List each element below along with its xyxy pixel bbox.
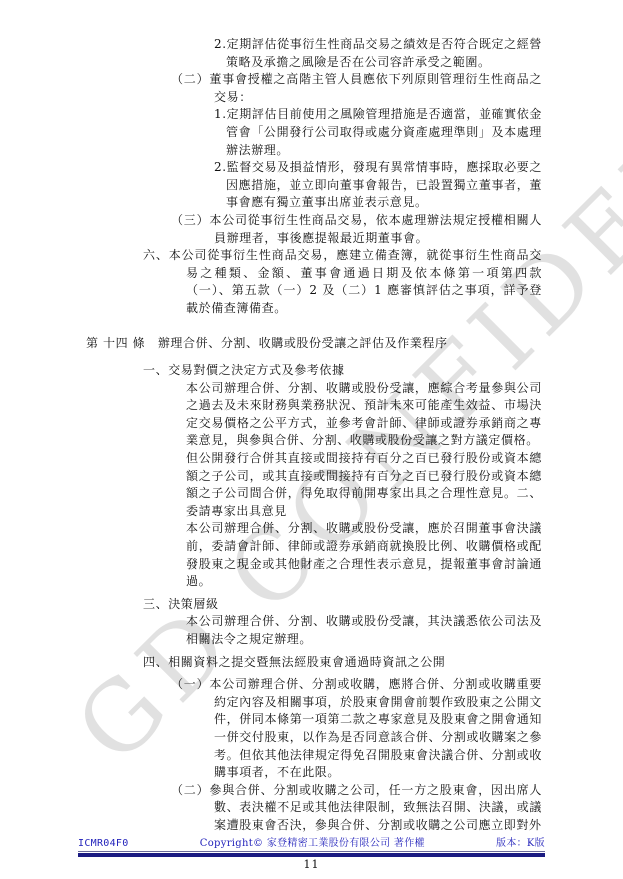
text-block-item-2-eval: 2.定期評估從事衍生性商品交易之績效是否符合既定之經營策略及承擔之風險是否在公司…	[86, 36, 542, 71]
footer-doc-id: ICMR04F0	[78, 838, 129, 849]
text-block-expert-opinion: 本公司辦理合併、分割、收購或股份受讓，應於召開董事會決議前，委請會計師、律師或證…	[86, 520, 542, 590]
text-block-decision-level: 本公司辦理合併、分割、收購或股份受讓，其決議悉依公司法及相關法令之規定辦理。	[86, 613, 542, 648]
footer-copyright: Copyright© 家登精密工業股份有限公司 著作權	[200, 834, 425, 849]
document-page: GD CONFIDENTIAL 2.定期評估從事衍生性商品交易之績效是否符合既定…	[0, 0, 623, 879]
text-block-item-6: 六、本公司從事衍生性商品交易，應建立備查簿，就從事衍生性商品交易之種類、金額、董…	[86, 247, 542, 317]
text-block-clause-4-1: （一）本公司辦理合併、分割或收購，應將合併、分割或收購重要約定內容及相關事項，於…	[86, 676, 542, 782]
text-block-item-2-monitor: 2.監督交易及損益情形，發現有異常情事時，應採取必要之因應措施，並立即向董事會報…	[86, 159, 542, 212]
text-block-item-1-risk: 1.定期評估目前使用之風險管理措施是否適當，並確實依金管會「公開發行公司取得或處…	[86, 106, 542, 159]
text-block-item-3: 三、決策層級	[86, 596, 542, 614]
text-block-clause-2: （二）董事會授權之高階主管人員應依下列原則管理衍生性商品之交易：	[86, 71, 542, 106]
text-block-clause-4-2: （二）參與合併、分割或收購之公司，任一方之股東會，因出席人數、表決權不足或其他法…	[86, 782, 542, 835]
article-14-heading: 第 十四 條 辦理合併、分割、收購或股份受讓之評估及作業程序	[86, 335, 542, 353]
text-block-item-4: 四、相關資料之提交暨無法經股東會通過時資訊之公開	[86, 654, 542, 672]
text-block-item-1-pricing: 一、交易對價之決定方式及參考依據	[86, 362, 542, 380]
footer-version: 版本：K版	[496, 834, 545, 849]
document-body: 2.定期評估從事衍生性商品交易之績效是否符合既定之經營策略及承擔之風險是否在公司…	[86, 36, 542, 835]
page-footer: ICMR04F0 Copyright© 家登精密工業股份有限公司 著作權 版本：…	[78, 834, 545, 871]
footer-rule-thick	[78, 853, 545, 857]
page-number: 11	[78, 858, 545, 871]
footer-rule-thin	[78, 851, 545, 852]
text-block-clause-3: （三）本公司從事衍生性商品交易，依本處理辦法規定授權相關人員辦理者，事後應提報最…	[86, 212, 542, 247]
text-block-pricing-para-2: 但公開發行合併其直接或間接持有百分之百已發行股份或資本總額之子公司，或其直接或間…	[86, 450, 542, 520]
footer-text-row: ICMR04F0 Copyright© 家登精密工業股份有限公司 著作權 版本：…	[78, 834, 545, 851]
text-block-pricing-para-1: 本公司辦理合併、分割、收購或股份受讓，應綜合考量參與公司之過去及未來財務與業務狀…	[86, 380, 542, 450]
